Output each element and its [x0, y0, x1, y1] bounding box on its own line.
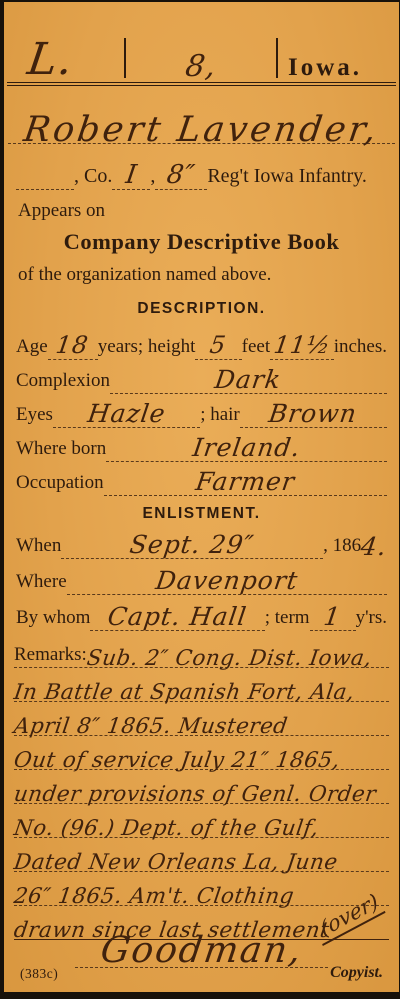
eyes-value: Hazle: [86, 399, 168, 428]
complexion-field: Dark: [110, 365, 387, 394]
occupation-value: Farmer: [194, 467, 297, 496]
term-suffix: y'rs.: [356, 607, 387, 631]
remarks-line-4: Out of service July 21″ 1865,: [14, 736, 389, 770]
occupation-label: Occupation: [16, 472, 104, 496]
age-label: Age: [16, 336, 48, 360]
bywhom-line: By whom Capt. Hall ; term 1 y'rs.: [4, 595, 399, 631]
signature-field: Goodman,: [75, 930, 328, 968]
age-height-line: Age 18 years; height 5 feet 11½ inches.: [4, 327, 399, 360]
occupation-line: Occupation Farmer: [4, 462, 399, 496]
remarks-line-6: No. (96.) Dept. of the Gulf,: [14, 804, 389, 838]
term-field: 1: [310, 602, 356, 631]
inches-value: 11½: [272, 331, 333, 359]
eyes-label: Eyes: [16, 404, 53, 428]
descriptive-book-card: L. 8, Iowa. Robert Lavender, , Co. I , 8…: [4, 2, 399, 992]
remarks-line-5: under provisions of Genl. Order: [14, 770, 389, 804]
born-value: Ireland.: [191, 433, 303, 462]
remarks-text: April 8″ 1865. Mustered: [12, 714, 289, 739]
occupation-field: Farmer: [104, 467, 387, 496]
feet-value: 5: [208, 331, 228, 359]
enlistment-heading: ENLISTMENT.: [4, 496, 399, 523]
unit-line: , Co. I , 8″ Reg't Iowa Infantry.: [4, 144, 399, 190]
inches-label: inches.: [334, 336, 387, 360]
regiment-value: 8″: [165, 160, 197, 190]
copyist-label: Copyist.: [330, 964, 383, 982]
eyes-field: Hazle: [53, 399, 200, 428]
remarks-text: Out of service July 21″ 1865,: [12, 748, 341, 773]
feet-field: 5: [195, 331, 241, 360]
regiment-field: 8″: [155, 160, 207, 190]
year-digit: 4.: [359, 532, 389, 561]
eyes-hair-line: Eyes Hazle ; hair Brown: [4, 394, 399, 428]
where-label: Where: [16, 571, 67, 595]
when-field: Sept. 29″: [61, 530, 323, 559]
appears-on-label: Appears on: [4, 190, 399, 222]
remarks-line-1: Remarks: Sub. 2″ Cong. Dist. Iowa,: [14, 634, 389, 668]
form-number: (383c): [20, 966, 58, 982]
company-field: I: [112, 160, 150, 190]
remarks-text: Sub. 2″ Cong. Dist. Iowa,: [85, 646, 373, 671]
remarks-line-2: In Battle at Spanish Fort, Ala,: [14, 668, 389, 702]
company-value: I: [124, 160, 139, 190]
complexion-label: Complexion: [16, 370, 110, 394]
born-field: Ireland.: [106, 433, 387, 462]
hair-value: Brown: [267, 399, 359, 428]
book-title: Company Descriptive Book: [4, 222, 399, 255]
remarks-text: 26″ 1865. Am't. Clothing: [12, 884, 295, 909]
remarks-text: In Battle at Spanish Fort, Ala,: [12, 680, 356, 705]
where-line: Where Davenport: [4, 559, 399, 595]
bywhom-label: By whom: [16, 607, 90, 631]
when-value: Sept. 29″: [128, 530, 256, 559]
soldier-name-line: Robert Lavender,: [8, 86, 395, 144]
when-line: When Sept. 29″ , 186 4.: [4, 523, 399, 559]
complexion-line: Complexion Dark: [4, 360, 399, 394]
regiment-number: 8,: [124, 53, 278, 80]
hair-label: ; hair: [200, 404, 240, 428]
where-value: Davenport: [154, 566, 300, 595]
age-field: 18: [48, 331, 98, 360]
age-value: 18: [54, 331, 90, 359]
book-subtitle: of the organization named above.: [4, 255, 399, 286]
when-label: When: [16, 535, 61, 559]
where-born-line: Where born Ireland.: [4, 428, 399, 462]
description-heading: DESCRIPTION.: [4, 286, 399, 318]
remarks-label: Remarks:: [14, 644, 87, 667]
bywhom-field: Capt. Hall: [90, 602, 264, 631]
blank-rank-field: [16, 189, 74, 190]
remarks-line-7: Dated New Orleans La, June: [14, 838, 389, 872]
soldier-name: Robert Lavender,: [21, 110, 381, 150]
company-label: , Co.: [74, 165, 112, 190]
years-height-label: years; height: [98, 336, 196, 360]
where-field: Davenport: [67, 566, 387, 595]
signature-line: Goodman,: [4, 930, 399, 968]
year-prefix: , 186: [323, 535, 361, 559]
regiment-suffix: Reg't Iowa Infantry.: [207, 165, 366, 190]
remarks-line-8: 26″ 1865. Am't. Clothing: [14, 872, 389, 906]
card-footer: (383c) Copyist.: [4, 964, 399, 982]
born-label: Where born: [16, 438, 106, 462]
feet-label: feet: [242, 336, 270, 360]
hair-field: Brown: [240, 399, 387, 428]
remarks-text: Dated New Orleans La, June: [12, 850, 339, 875]
remarks-text: No. (96.) Dept. of the Gulf,: [12, 816, 320, 841]
card-header: L. 8, Iowa.: [4, 2, 399, 80]
bywhom-value: Capt. Hall: [106, 602, 249, 631]
remarks-text: under provisions of Genl. Order: [12, 782, 378, 807]
surname-initial: L.: [25, 40, 127, 80]
term-value: 1: [322, 602, 343, 631]
term-label: ; term: [265, 607, 310, 631]
complexion-value: Dark: [213, 365, 283, 394]
state-label: Iowa.: [278, 55, 389, 80]
inches-field: 11½: [270, 331, 334, 360]
remarks-line-3: April 8″ 1865. Mustered: [14, 702, 389, 736]
